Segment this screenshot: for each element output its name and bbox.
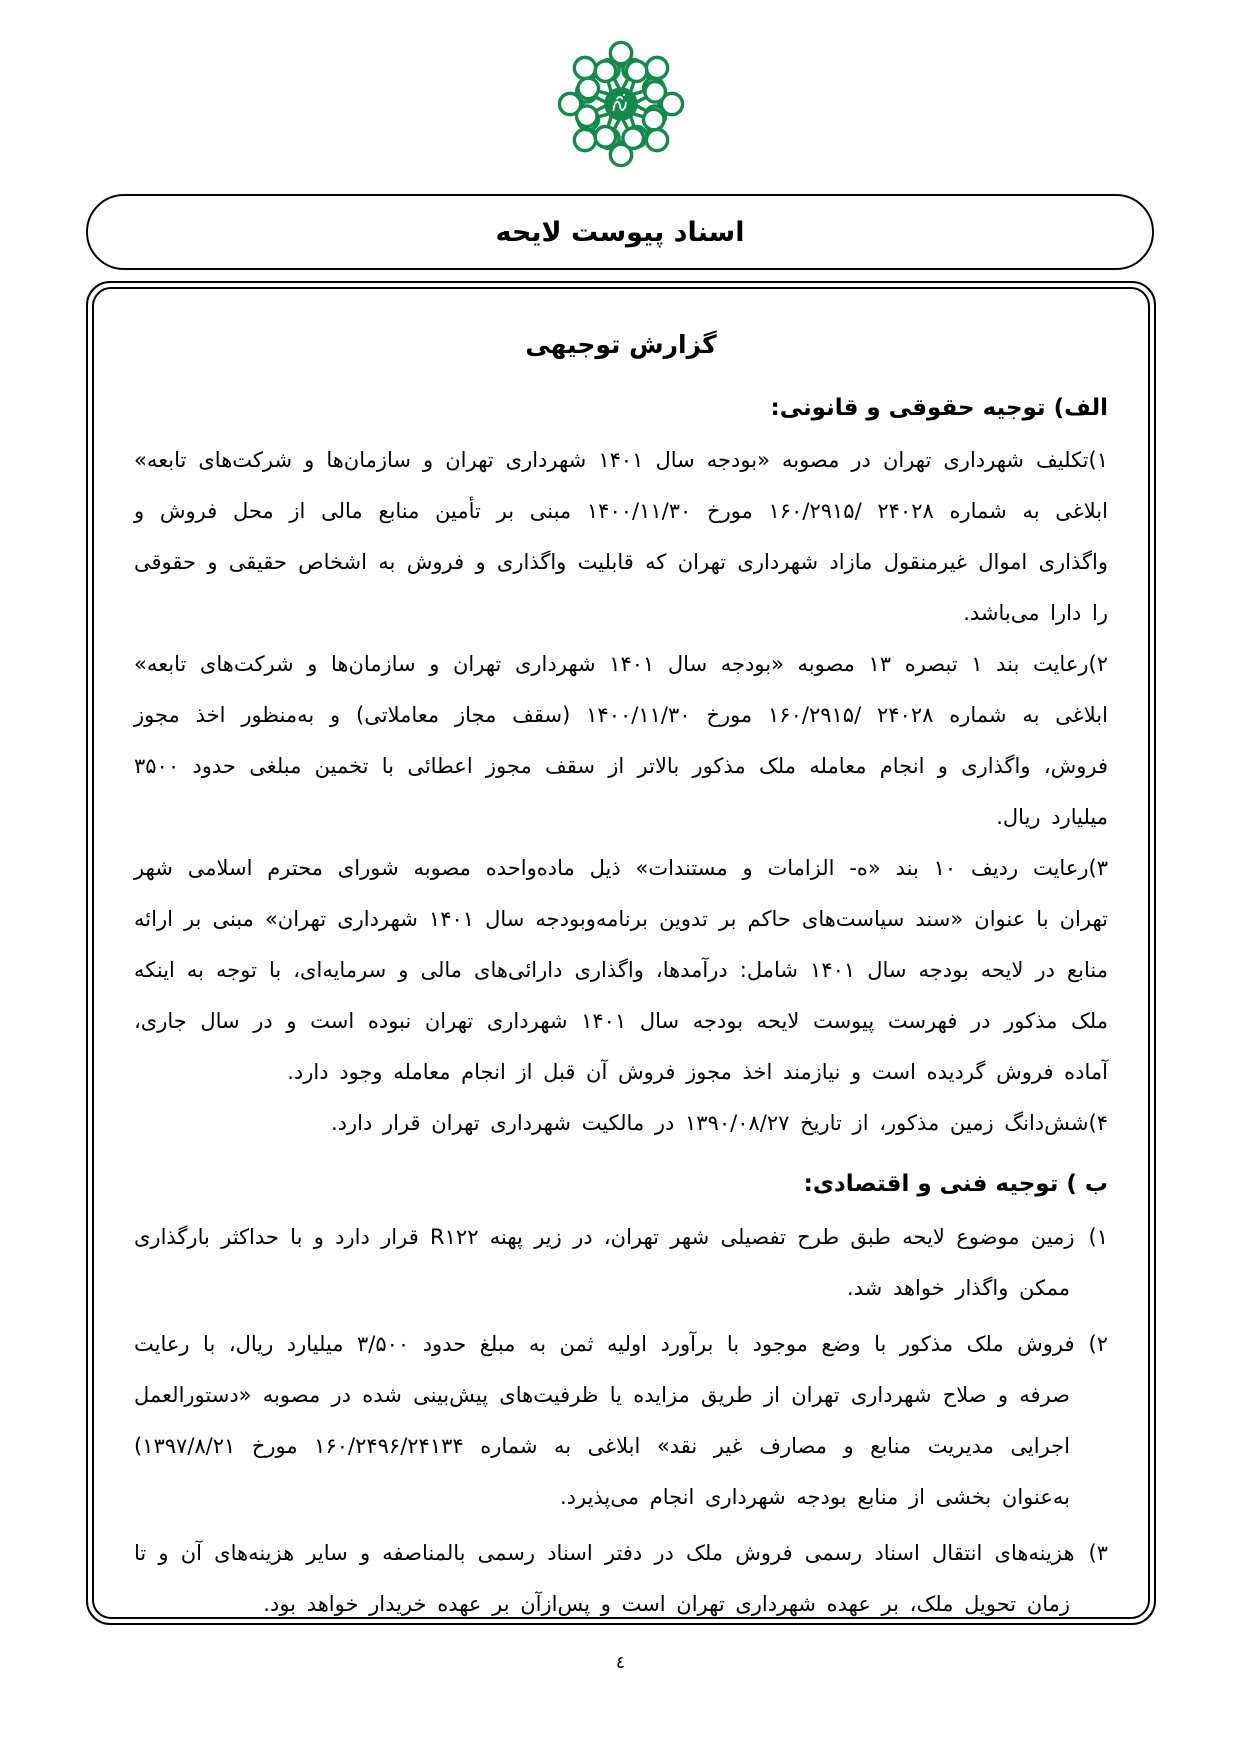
legal-item-4: ۴)شش‌دانگ زمین مذکور، از تاریخ ۱۳۹۰/۰۸/۲… bbox=[134, 1098, 1108, 1149]
technical-item-3: ۳)هزینه‌های انتقال اسناد رسمی فروش ملک د… bbox=[134, 1528, 1108, 1619]
page-number: ٤ bbox=[0, 1653, 1241, 1673]
tehran-municipality-logo-icon bbox=[545, 26, 697, 182]
document-page: اسناد پیوست لایحه گزارش توجیهی الف) توجی… bbox=[0, 0, 1241, 1755]
item-number: ۴) bbox=[1089, 1111, 1108, 1135]
item-number: ۲) bbox=[1089, 1332, 1108, 1356]
legal-item-1: ۱)تکلیف شهرداری تهران در مصوبه «بودجه سا… bbox=[134, 435, 1108, 639]
section-legal-heading: الف) توجیه حقوقی و قانونی: bbox=[134, 385, 1108, 431]
item-text: هزینه‌های انتقال اسناد رسمی فروش ملک در … bbox=[134, 1541, 1075, 1616]
item-text: تکلیف شهرداری تهران در مصوبه «بودجه سال … bbox=[134, 448, 1108, 625]
item-number: ۳) bbox=[1089, 856, 1108, 880]
item-number: ۳) bbox=[1089, 1541, 1108, 1565]
attachment-header-title: اسناد پیوست لایحه bbox=[496, 217, 745, 248]
item-text: زمین موضوع لایحه طبق طرح تفصیلی شهر تهرا… bbox=[134, 1225, 1075, 1300]
technical-item-1: ۱)زمین موضوع لایحه طبق طرح تفصیلی شهر ته… bbox=[134, 1212, 1108, 1314]
item-number: ۱) bbox=[1089, 1225, 1108, 1249]
section-technical-heading: ب ) توجیه فنی و اقتصادی: bbox=[134, 1161, 1108, 1207]
item-text: رعایت ردیف ۱۰ بند «ه- الزامات و مستندات»… bbox=[134, 856, 1108, 1084]
item-text: فروش ملک مذکور با وضع موجود با برآورد او… bbox=[134, 1332, 1075, 1509]
legal-item-3: ۳)رعایت ردیف ۱۰ بند «ه- الزامات و مستندا… bbox=[134, 843, 1108, 1098]
logo-center bbox=[604, 87, 637, 120]
item-text: شش‌دانگ زمین مذکور، از تاریخ ۱۳۹۰/۰۸/۲۷ … bbox=[331, 1111, 1089, 1135]
item-number: ۱) bbox=[1089, 448, 1108, 472]
technical-item-2: ۲)فروش ملک مذکور با وضع موجود با برآورد … bbox=[134, 1319, 1108, 1523]
item-number: ۲) bbox=[1089, 652, 1108, 676]
attachment-header-box: اسناد پیوست لایحه bbox=[86, 194, 1154, 270]
report-box: گزارش توجیهی الف) توجیه حقوقی و قانونی: … bbox=[86, 281, 1156, 1625]
report-title: گزارش توجیهی bbox=[134, 325, 1108, 365]
item-text: رعایت بند ۱ تبصره ۱۳ مصوبه «بودجه سال ۱۴… bbox=[134, 652, 1108, 829]
legal-item-2: ۲)رعایت بند ۱ تبصره ۱۳ مصوبه «بودجه سال … bbox=[134, 639, 1108, 843]
tehran-municipality-logo bbox=[545, 26, 697, 182]
report-box-inner: گزارش توجیهی الف) توجیه حقوقی و قانونی: … bbox=[92, 287, 1150, 1619]
